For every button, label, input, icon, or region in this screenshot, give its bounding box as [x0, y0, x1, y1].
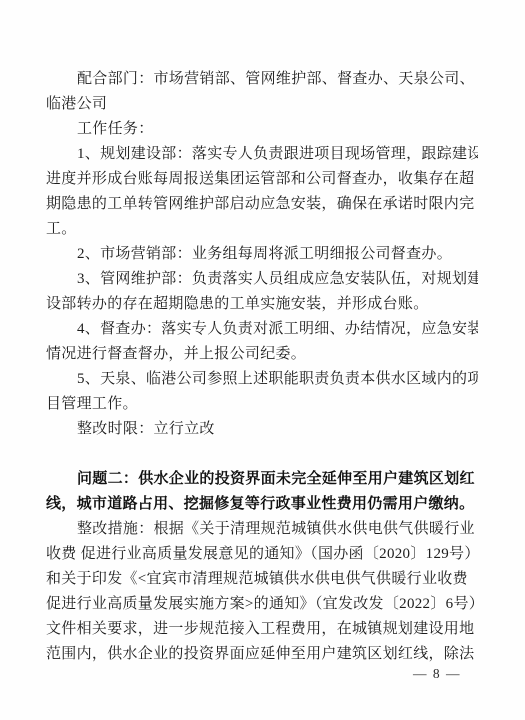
text-line: 整改措施：根据《关于清理规范城镇供水供电供气供暖行业: [46, 517, 478, 542]
text-line: 线，城市道路占用、挖掘修复等行政事业性费用仍需用户缴纳。: [46, 492, 478, 517]
document-body: 配合部门：市场营销部、管网维护部、督查办、天泉公司、临港公司工作任务：1、规划建…: [46, 67, 478, 667]
text-line: 目管理工作。: [46, 392, 478, 417]
text-line: 进度并形成台账每周报送集团运管部和公司督查办，收集存在超: [46, 167, 478, 192]
text-line: 整改时限：立行立改: [46, 417, 478, 442]
text-line: 5、天泉、临港公司参照上述职能职责负责本供水区域内的项: [46, 367, 478, 392]
text-line: 4、督查办：落实专人负责对派工明细、办结情况，应急安装: [46, 317, 478, 342]
page-number: — 8 —: [413, 665, 461, 683]
paragraph-problem-2: 问题二：供水企业的投资界面未完全延伸至用户建筑区划红线，城市道路占用、挖掘修复等…: [46, 467, 478, 517]
text-line: 范围内，供水企业的投资界面应延伸至用户建筑区划红线，除法: [46, 642, 478, 667]
paragraph-task-2-marketing: 2、市场营销部：业务组每周将派工明细报公司督查办。: [46, 242, 478, 267]
text-line: 设部转办的存在超期隐患的工单实施安装，并形成台账。: [46, 292, 478, 317]
text-line: 文件相关要求，进一步规范接入工程费用，在城镇规划建设用地: [46, 617, 478, 642]
document-page: 配合部门：市场营销部、管网维护部、督查办、天泉公司、临港公司工作任务：1、规划建…: [0, 0, 525, 720]
text-line: 情况进行督查督办，并上报公司纪委。: [46, 342, 478, 367]
text-line: 和关于印发《<宜宾市清理规范城镇供水供电供气供暖行业收费: [46, 567, 478, 592]
paragraph-task-4-supervision-office: 4、督查办：落实专人负责对派工明细、办结情况，应急安装情况进行督查督办，并上报公…: [46, 317, 478, 367]
text-line: 1、规划建设部：落实专人负责跟进项目现场管理，跟踪建设: [46, 142, 478, 167]
text-line: 促进行业高质量发展实施方案>的通知》（宜发改发〔2022〕6号）: [46, 592, 478, 617]
text-line: 2、市场营销部：业务组每周将派工明细报公司督查办。: [46, 242, 478, 267]
text-line: 工。: [46, 217, 478, 242]
text-line: 3、管网维护部：负责落实人员组成应急安装队伍，对规划建: [46, 267, 478, 292]
paragraph-task-5-tianquan-lingang: 5、天泉、临港公司参照上述职能职责负责本供水区域内的项目管理工作。: [46, 367, 478, 417]
text-line: 临港公司: [46, 92, 478, 117]
paragraph-work-tasks-heading: 工作任务：: [46, 117, 478, 142]
text-line: 问题二：供水企业的投资界面未完全延伸至用户建筑区划红: [46, 467, 478, 492]
text-line: 工作任务：: [46, 117, 478, 142]
paragraph-rectification-deadline: 整改时限：立行立改: [46, 417, 478, 442]
paragraph-task-3-pipeline-maintenance: 3、管网维护部：负责落实人员组成应急安装队伍，对规划建设部转办的存在超期隐患的工…: [46, 267, 478, 317]
text-line: 配合部门：市场营销部、管网维护部、督查办、天泉公司、: [46, 67, 478, 92]
paragraph-cooperating-departments: 配合部门：市场营销部、管网维护部、督查办、天泉公司、临港公司: [46, 67, 478, 117]
text-line: 期隐患的工单转管网维护部启动应急安装，确保在承诺时限内完: [46, 192, 478, 217]
paragraph-task-1-planning-construction: 1、规划建设部：落实专人负责跟进项目现场管理，跟踪建设进度并形成台账每周报送集团…: [46, 142, 478, 242]
paragraph-rectification-measures: 整改措施：根据《关于清理规范城镇供水供电供气供暖行业收费 促进行业高质量发展意见…: [46, 517, 478, 667]
text-line: 收费 促进行业高质量发展意见的通知》（国办函〔2020〕129号）: [46, 542, 478, 567]
